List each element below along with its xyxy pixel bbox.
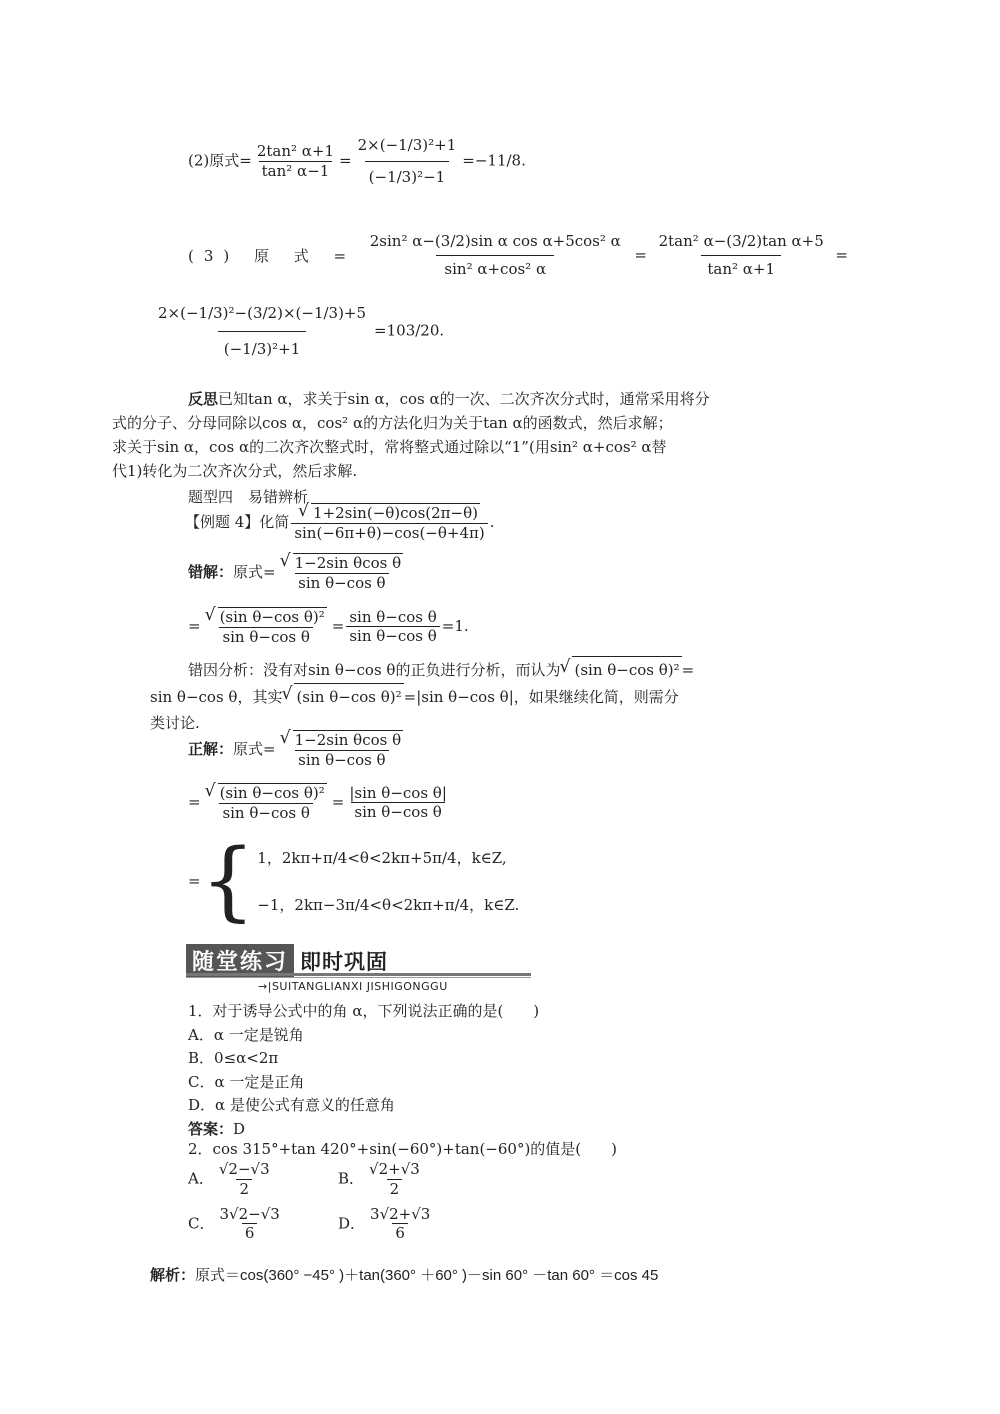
analysis-line: 解析：原式＝cos(360° −45° )＋tan(360° ＋60° )－si… — [150, 1264, 658, 1285]
part3-frac3: 2×(−1/3)²−(3/2)×(−1/3)+5(−1/3)²+1 — [152, 296, 372, 367]
q1: 1．对于诱导公式中的角 α，下列说法正确的是( ) A．α 一定是锐角 B．0≤… — [188, 1000, 539, 1141]
example4-label: 【例题 4】化简 — [185, 513, 289, 531]
correct-step2: (sin θ−cos θ)²sin θ−cos θ — [203, 783, 330, 823]
q2-option-c: C．3√2−√36 — [188, 1205, 338, 1244]
part3-equation-line1: (3) 原 式 = 2sin² α−(3/2)sin α cos α+5cos²… — [188, 228, 848, 283]
analysis-text: 原式＝cos(360° −45° )＋tan(360° ＋60° )－sin 6… — [195, 1267, 658, 1284]
correct-solution-line2: =(sin θ−cos θ)²sin θ−cos θ=|sin θ−cos θ|… — [188, 783, 452, 823]
reflection-paragraph: 反思已知tan α，求关于sin α，cos α的一次、二次齐次分式时，通常采用… — [150, 387, 850, 483]
banner-rule — [186, 973, 531, 976]
wrong-solution-heading: 错解： — [188, 563, 233, 581]
case-positive: 1，2kπ+π/4<θ<2kπ+5π/4，k∈Z, — [257, 847, 519, 868]
wrong-step3: sin θ−cos θsin θ−cos θ — [346, 608, 439, 647]
correct-step3: |sin θ−cos θ|sin θ−cos θ — [346, 784, 450, 823]
left-brace-icon: { — [201, 838, 256, 924]
part2-label: (2)原式 — [188, 151, 239, 169]
example4-frac: 1+2sin(−θ)cos(2π−θ)sin(−6π+θ)−cos(−θ+4π) — [291, 503, 487, 543]
case-negative: −1，2kπ−3π/4<θ<2kπ+π/4，k∈Z. — [257, 894, 519, 915]
sqrt-icon: 1+2sin(−θ)cos(2π−θ) — [299, 503, 480, 523]
part3-result: 103/20. — [387, 321, 445, 339]
q1-stem: 1．对于诱导公式中的角 α，下列说法正确的是( ) — [188, 1000, 539, 1024]
part2-frac1: 2tan² α+1tan² α−1 — [254, 142, 337, 181]
correct-solution-line1: 正解：原式=1−2sin θcos θsin θ−cos θ — [188, 730, 408, 770]
banner-rule-thin — [186, 977, 531, 978]
q2-option-a: A．√2−√32 — [188, 1160, 338, 1199]
banner-pinyin: →|SUITANGLIANXI JISHIGONGGU — [258, 980, 448, 993]
piecewise-result: ={ 1，2kπ+π/4<θ<2kπ+5π/4，k∈Z, −1，2kπ−3π/4… — [188, 838, 519, 924]
part3-frac2: 2tan² α−(3/2)tan α+5tan² α+1 — [653, 228, 830, 283]
q2-options: A．√2−√32 B．√2+√32 C．3√2−√36 D．3√2+√36 — [188, 1160, 488, 1243]
q2-stem: 2．cos 315°+tan 420°+sin(−60°)+tan(−60°)的… — [188, 1138, 617, 1159]
q2-option-b: B．√2+√32 — [338, 1160, 488, 1199]
q1-option-a: A．α 一定是锐角 — [188, 1024, 539, 1048]
part2-equation: (2)原式=2tan² α+1tan² α−1=2×(−1/3)²+1(−1/3… — [188, 130, 526, 193]
example4: 【例题 4】化简1+2sin(−θ)cos(2π−θ)sin(−6π+θ)−co… — [185, 503, 495, 543]
wrong-solution-line2: =(sin θ−cos θ)²sin θ−cos θ=sin θ−cos θsi… — [188, 607, 469, 647]
part3-frac1: 2sin² α−(3/2)sin α cos α+5cos² αsin² α+c… — [362, 228, 629, 283]
part3-equation-line2: 2×(−1/3)²−(3/2)×(−1/3)+5(−1/3)²+1=103/20… — [150, 296, 444, 367]
part2-frac2: 2×(−1/3)²+1(−1/3)²−1 — [354, 130, 461, 193]
error-analysis-paragraph: 错因分析：没有对sin θ−cos θ的正负进行分析，而认为(sin θ−cos… — [150, 656, 850, 736]
reflection-heading: 反思 — [188, 390, 218, 408]
q1-option-d: D．α 是使公式有意义的任意角 — [188, 1094, 539, 1118]
analysis-heading: 解析： — [150, 1266, 195, 1284]
q1-option-c: C．α 一定是正角 — [188, 1071, 539, 1095]
q2-option-d: D．3√2+√36 — [338, 1205, 488, 1244]
q1-option-b: B．0≤α<2π — [188, 1047, 539, 1071]
wrong-step1: 1−2sin θcos θsin θ−cos θ — [278, 553, 407, 593]
banner-light-label: 即时巩固 — [300, 946, 388, 976]
part3-label: (3) 原 式 = — [188, 245, 356, 266]
part2-result: −11/8. — [475, 151, 526, 169]
wrong-solution-line1: 错解：原式=1−2sin θcos θsin θ−cos θ — [188, 553, 408, 593]
correct-step1: 1−2sin θcos θsin θ−cos θ — [278, 730, 407, 770]
arrow-icon: →| — [258, 980, 272, 993]
correct-solution-heading: 正解： — [188, 740, 233, 758]
wrong-step2: (sin θ−cos θ)²sin θ−cos θ — [203, 607, 330, 647]
